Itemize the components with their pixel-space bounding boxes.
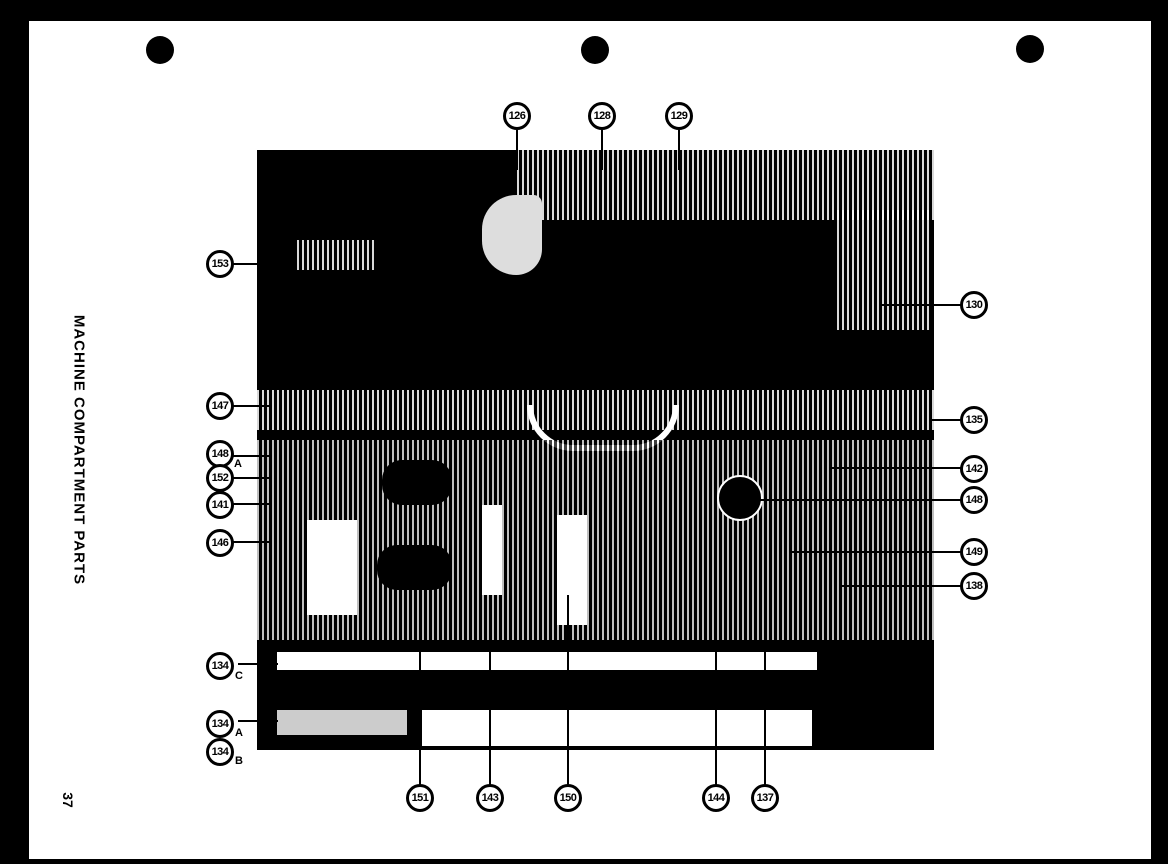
callout-label: 148 xyxy=(966,494,983,506)
callout-129[interactable]: 129 xyxy=(665,102,693,130)
callout-150[interactable]: 150 xyxy=(554,784,582,812)
bracket xyxy=(307,520,357,615)
callout-label: 146 xyxy=(212,537,229,549)
leader-line xyxy=(232,263,272,265)
callout-135[interactable]: 135 xyxy=(960,406,988,434)
callout-label: 135 xyxy=(966,414,983,426)
callout-128[interactable]: 128 xyxy=(588,102,616,130)
leader-line xyxy=(232,541,272,543)
callout-146[interactable]: 146 xyxy=(206,529,234,557)
callout-144[interactable]: 144 xyxy=(702,784,730,812)
callout-label: 138 xyxy=(966,580,983,592)
callout-151[interactable]: 151 xyxy=(406,784,434,812)
callout-130[interactable]: 130 xyxy=(960,291,988,319)
leader-line xyxy=(715,590,717,785)
switch xyxy=(482,505,502,595)
leader-line xyxy=(232,405,272,407)
mount-plate xyxy=(557,515,587,625)
callout-134a[interactable]: 134 xyxy=(206,710,234,738)
callout-126[interactable]: 126 xyxy=(503,102,531,130)
callout-152[interactable]: 152 xyxy=(206,464,234,492)
photo-texture xyxy=(297,240,377,270)
callout-label: 144 xyxy=(708,792,725,804)
callout-138[interactable]: 138 xyxy=(960,572,988,600)
leader-line xyxy=(930,419,962,421)
timer-dial xyxy=(482,195,542,275)
rail-134b xyxy=(277,710,407,735)
grommet xyxy=(717,475,763,521)
callout-149[interactable]: 149 xyxy=(960,538,988,566)
callout-137[interactable]: 137 xyxy=(751,784,779,812)
callout-label: 134 xyxy=(212,718,229,730)
callout-label: 149 xyxy=(966,546,983,558)
section-title: MACHINE COMPARTMENT PARTS xyxy=(71,315,88,585)
parts-photograph xyxy=(257,150,934,750)
page-number: 37 xyxy=(58,790,78,810)
leader-line xyxy=(601,130,603,170)
callout-label: 134 xyxy=(212,746,229,758)
leader-line xyxy=(489,610,491,785)
page-number-text: 37 xyxy=(60,792,76,808)
callout-153[interactable]: 153 xyxy=(206,250,234,278)
callout-suffix: B xyxy=(235,755,243,767)
rail-134a xyxy=(422,710,812,746)
leader-line xyxy=(516,130,518,170)
callout-label: 153 xyxy=(212,258,229,270)
callout-label: 151 xyxy=(412,792,429,804)
callout-148[interactable]: 148 xyxy=(960,486,988,514)
binder-hole xyxy=(1016,35,1044,63)
callout-134c[interactable]: 134 xyxy=(206,652,234,680)
leader-line xyxy=(830,467,962,469)
leader-line xyxy=(232,455,272,457)
side-title: MACHINE COMPARTMENT PARTS xyxy=(64,330,94,570)
leader-line xyxy=(238,663,278,665)
callout-label: 150 xyxy=(560,792,577,804)
leader-line xyxy=(678,130,680,170)
callout-134b[interactable]: 134 xyxy=(206,738,234,766)
leader-line xyxy=(840,585,962,587)
leader-line xyxy=(567,595,569,785)
callout-label: 148 xyxy=(212,448,229,460)
callout-label: 126 xyxy=(509,110,526,122)
leader-line xyxy=(790,551,962,553)
callout-label: 128 xyxy=(594,110,611,122)
leader-line xyxy=(880,304,962,306)
callout-label: 130 xyxy=(966,299,983,311)
callout-147[interactable]: 147 xyxy=(206,392,234,420)
callout-label: 134 xyxy=(212,660,229,672)
leader-line xyxy=(238,720,278,722)
leader-line xyxy=(419,580,421,785)
photo-texture xyxy=(257,440,934,640)
cap-151 xyxy=(377,545,452,590)
leader-line xyxy=(764,596,766,785)
callout-suffix: A xyxy=(235,727,243,739)
callout-label: 141 xyxy=(212,499,229,511)
callout-142[interactable]: 142 xyxy=(960,455,988,483)
callout-label: 152 xyxy=(212,472,229,484)
callout-141[interactable]: 141 xyxy=(206,491,234,519)
callout-label: 137 xyxy=(757,792,774,804)
binder-hole xyxy=(146,36,174,64)
binder-hole xyxy=(581,36,609,64)
callout-label: 143 xyxy=(482,792,499,804)
leader-line xyxy=(232,477,272,479)
callout-suffix: C xyxy=(235,670,243,682)
callout-143[interactable]: 143 xyxy=(476,784,504,812)
photo-texture xyxy=(837,210,932,330)
leader-line xyxy=(232,503,272,505)
callout-label: 129 xyxy=(671,110,688,122)
rail-134c xyxy=(277,652,817,670)
callout-suffix: A xyxy=(234,458,242,470)
leader-line xyxy=(760,499,962,501)
callout-label: 142 xyxy=(966,463,983,475)
callout-label: 147 xyxy=(212,400,229,412)
cap-152 xyxy=(382,460,452,505)
